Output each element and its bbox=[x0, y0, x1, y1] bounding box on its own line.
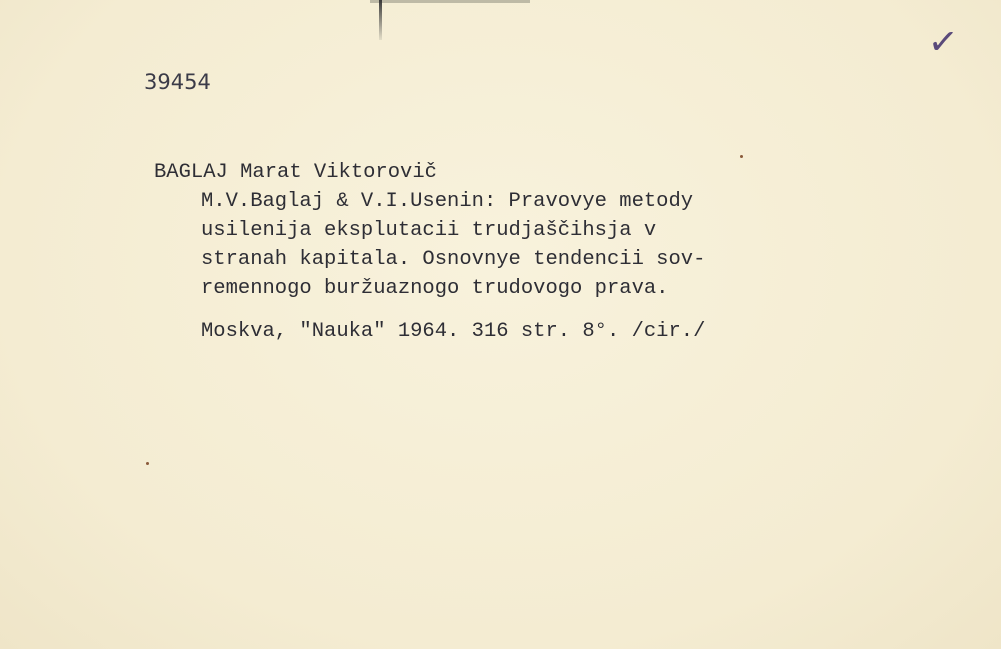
card-top-edge-mark bbox=[370, 0, 530, 3]
title-line-3: stranah kapitala. Osnovnye tendencii sov… bbox=[201, 248, 705, 271]
title-line-4: remennogo buržuaznogo trudovogo prava. bbox=[201, 277, 668, 300]
card-top-tick-mark bbox=[379, 0, 382, 40]
catalog-card: 39454 ✓ BAGLAJ Marat Viktorovič M.V.Bagl… bbox=[0, 0, 1001, 649]
imprint-line: Moskva, "Nauka" 1964. 316 str. 8°. /cir.… bbox=[201, 320, 705, 343]
accession-number: 39454 bbox=[144, 70, 211, 94]
title-line-1: M.V.Baglaj & V.I.Usenin: Pravovye metody bbox=[201, 190, 693, 213]
paper-speck bbox=[740, 155, 743, 158]
title-line-2: usilenija eksplutacii trudjaščihsja v bbox=[201, 219, 656, 242]
paper-speck bbox=[146, 462, 149, 465]
author-heading: BAGLAJ Marat Viktorovič bbox=[154, 161, 437, 184]
check-mark-icon: ✓ bbox=[926, 21, 960, 64]
